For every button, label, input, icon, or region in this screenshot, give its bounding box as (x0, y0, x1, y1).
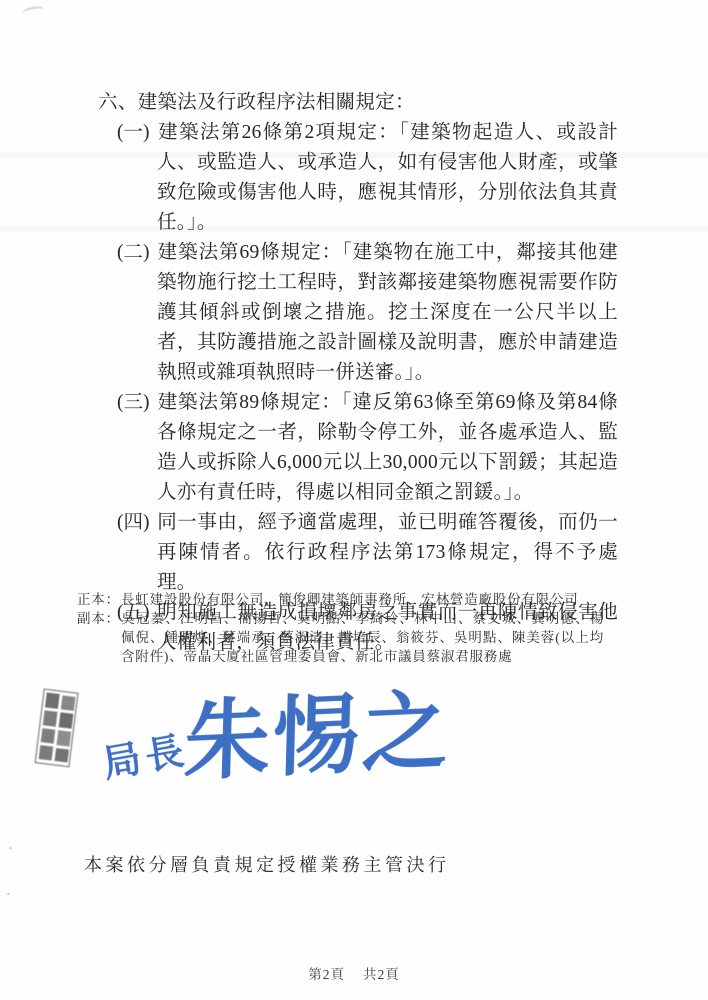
item-text: 同一事由，經予適當處理，並已明確答覆後，而仍一再陳情者。依行政程序法第173條規… (157, 512, 618, 593)
copy-recipients: 吳冠蓁、江明昌、簡揚哲、吳明點、李綺玲、林中山、蔡文城、龔明德、楊佩倪、鍾明煌、… (121, 611, 604, 664)
closing-statement: 本案依分層負責規定授權業務主管決行 (84, 851, 450, 877)
item-number: (二) (117, 238, 157, 268)
page-footer: 第2頁共2頁 (0, 963, 708, 983)
item-text: 建築法第69條規定：「建築物在施工中，鄰接其他建築物施行挖土工程時，對該鄰接建築… (157, 242, 618, 383)
copy-label: 副本： (77, 609, 121, 628)
copy-recipients-row: 副本：吳冠蓁、江明昌、簡揚哲、吳明點、李綺玲、林中山、蔡文城、龔明德、楊佩倪、鍾… (77, 609, 604, 666)
scan-speck (7, 893, 10, 895)
page-number: 第2頁 (308, 967, 345, 982)
scan-speck (9, 847, 12, 849)
item-number: (四) (117, 508, 157, 538)
list-item: (三)建築法第89條規定：「違反第63條至第69條及第84條各條規定之一者，除勒… (117, 388, 618, 508)
scan-artifact (21, 6, 44, 18)
item-text: 建築法第26條第2項規定：「建築物起造人、或設計人、或監造人、或承造人，如有侵害… (157, 122, 618, 233)
original-recipients-row: 正本：長虹建設股份有限公司、簡俊卿建築師事務所、宏林營造廠股份有限公司 (77, 590, 604, 609)
director-signature-handwriting: 朱惕之 (183, 684, 452, 790)
list-item: (一)建築法第26條第2項規定：「建築物起造人、或設計人、或監造人、或承造人，如… (117, 118, 618, 238)
signature-block: 局長 朱惕之 (0, 688, 580, 818)
scanned-document-page: 六、建築法及行政程序法相關規定： (一)建築法第26條第2項規定：「建築物起造人… (0, 0, 708, 1000)
item-number: (一) (117, 118, 157, 148)
legal-text-block: 六、建築法及行政程序法相關規定： (一)建築法第26條第2項規定：「建築物起造人… (98, 88, 618, 658)
list-item: (二)建築法第69條規定：「建築物在施工中，鄰接其他建築物施行挖土工程時，對該鄰… (117, 238, 618, 388)
director-title-handwriting: 局長 (98, 719, 192, 788)
item-number: (三) (117, 388, 157, 418)
page-total: 共2頁 (363, 967, 400, 982)
recipients-block: 正本：長虹建設股份有限公司、簡俊卿建築師事務所、宏林營造廠股份有限公司 副本：吳… (77, 590, 604, 666)
seal-icon (34, 688, 81, 772)
official-seal-stamp (33, 688, 81, 777)
list-item: (四)同一事由，經予適當處理，並已明確答覆後，而仍一再陳情者。依行政程序法第17… (117, 508, 618, 598)
original-label: 正本： (77, 590, 121, 609)
item-text: 建築法第89條規定：「違反第63條至第69條及第84條各條規定之一者，除勒令停工… (157, 392, 618, 503)
original-recipients: 長虹建設股份有限公司、簡俊卿建築師事務所、宏林營造廠股份有限公司 (121, 592, 579, 607)
section-heading: 六、建築法及行政程序法相關規定： (98, 88, 618, 118)
